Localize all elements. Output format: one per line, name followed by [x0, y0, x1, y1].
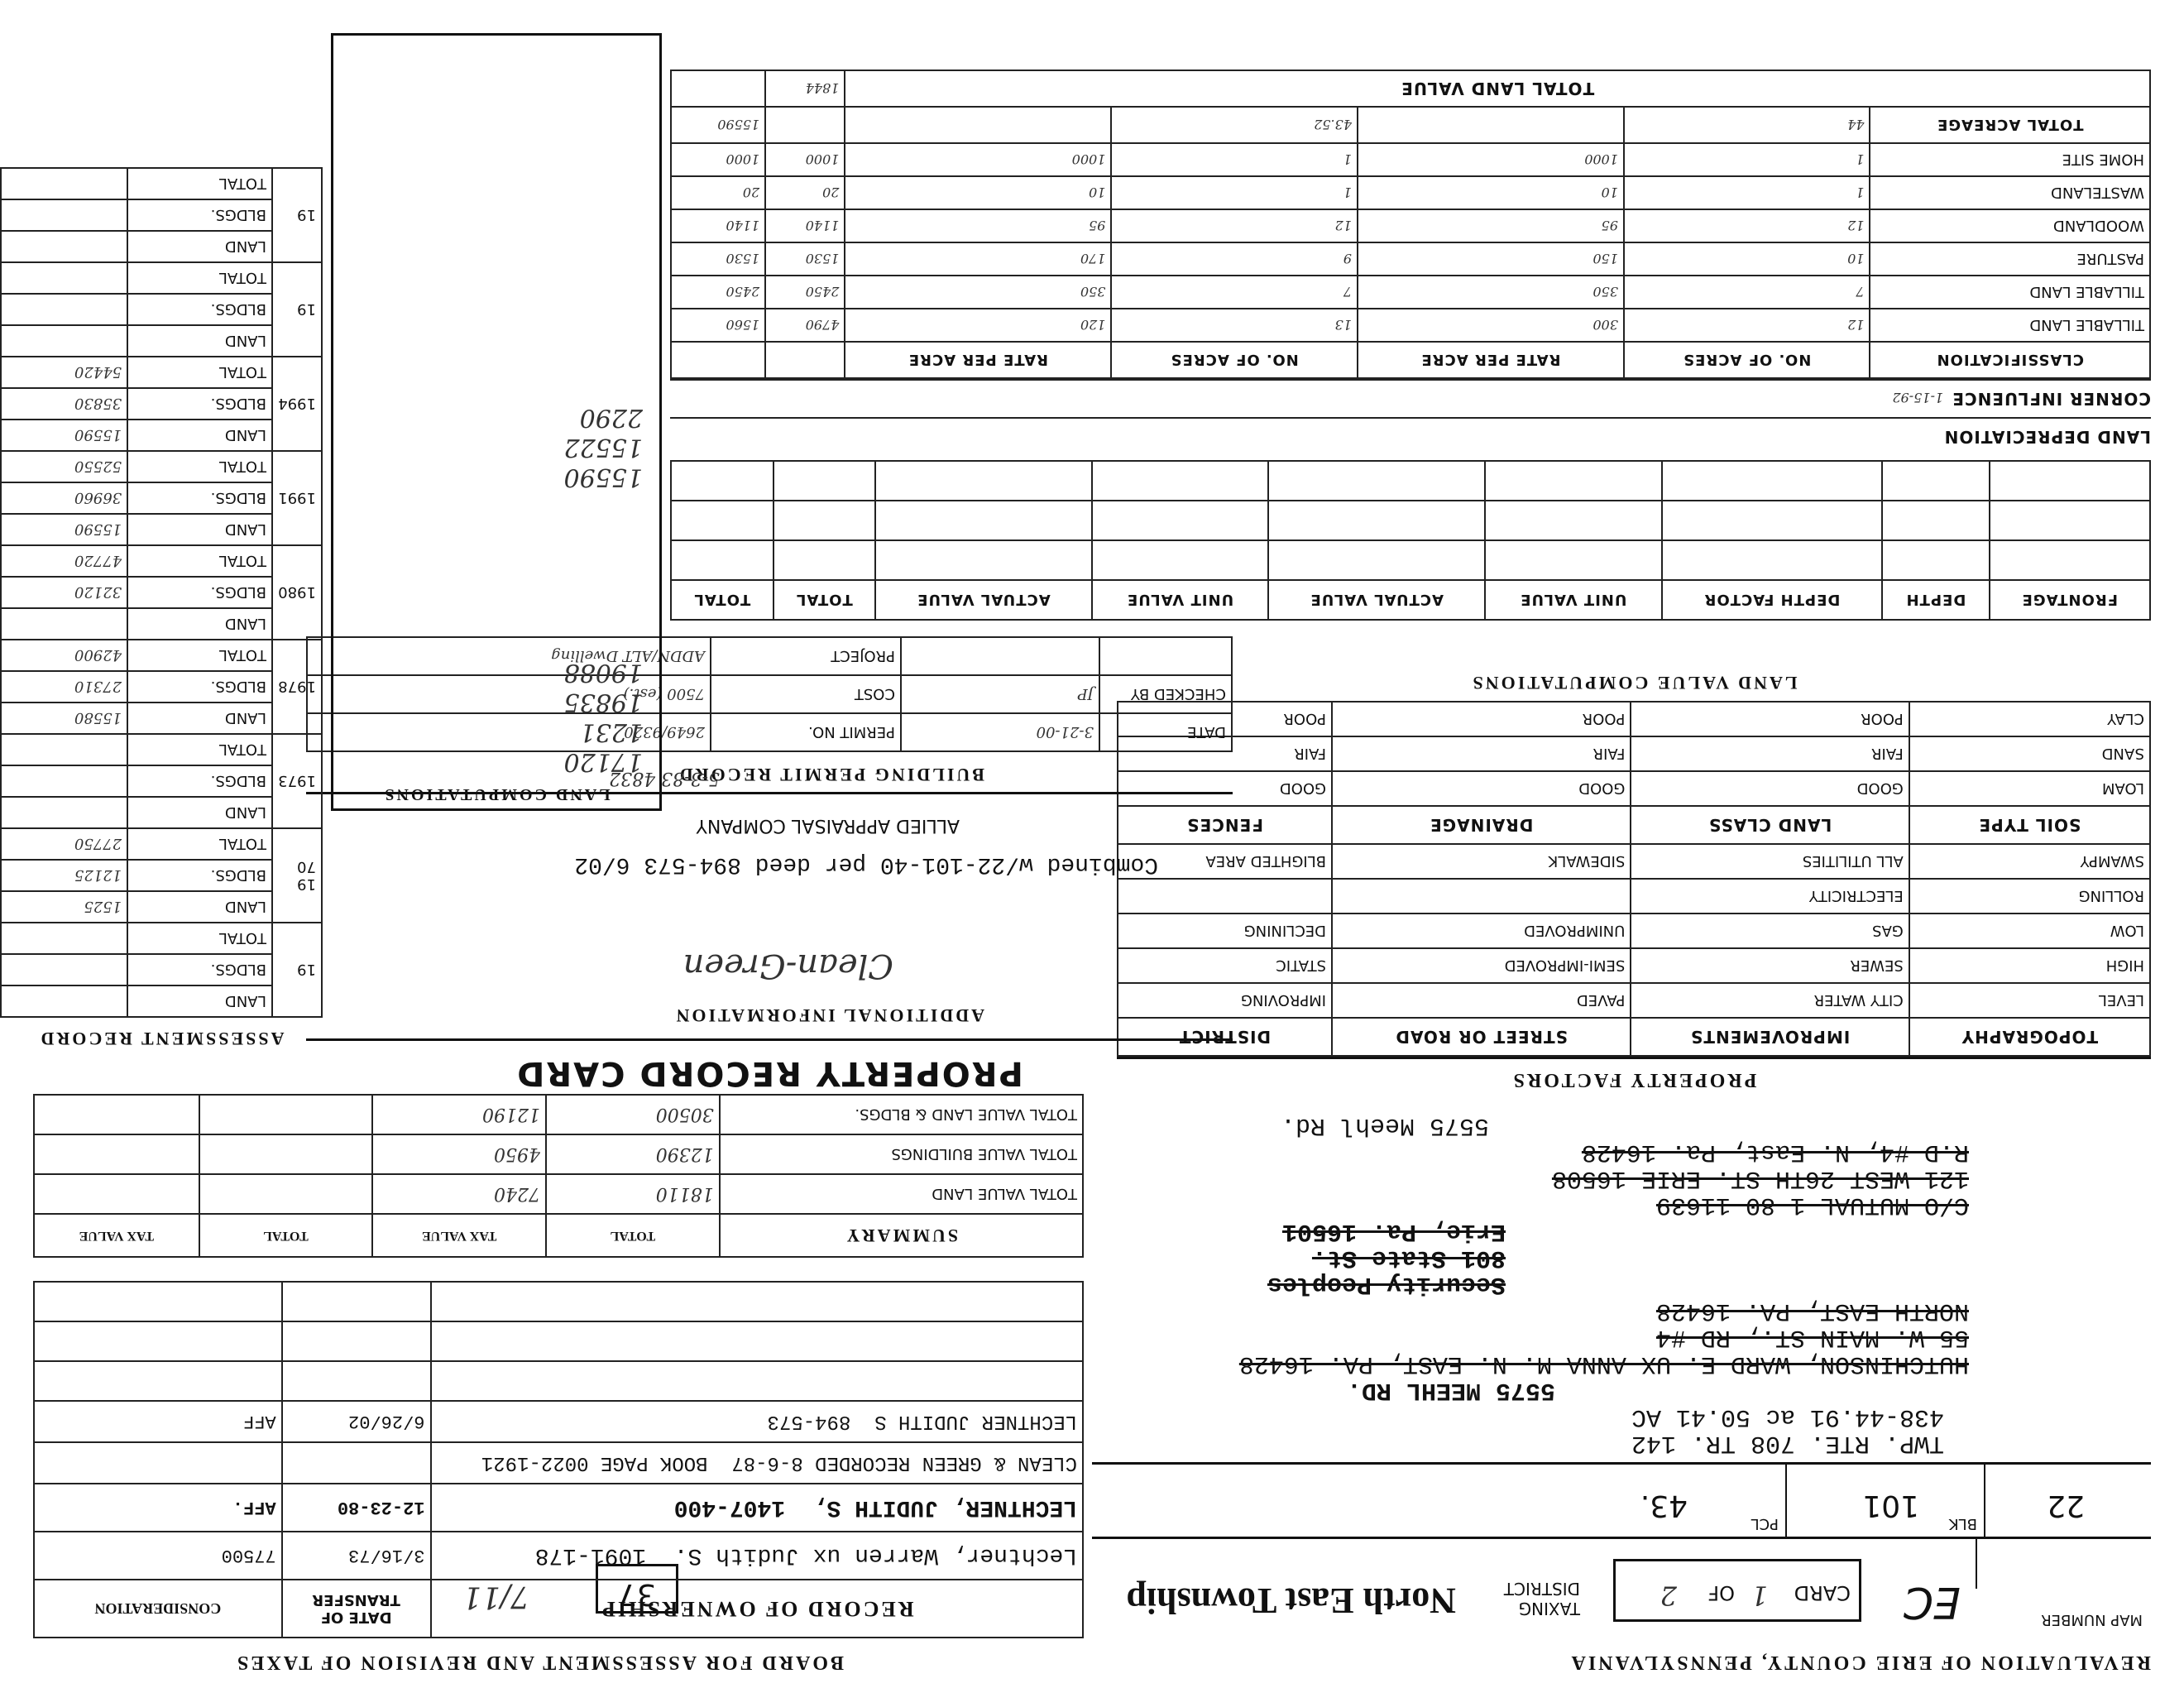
- address-line-struck: Erie, Pa. 16501: [1109, 1218, 1506, 1244]
- address-line-struck: HUTCHINSON, WARD E. UX ANNA M. N. EAST, …: [1109, 1350, 1969, 1377]
- address-line: 5575 Meehl Rd.: [1109, 1112, 1489, 1139]
- address-block: TWP. RTE. 708 TR. 142 438-44.91 ac 50.41…: [1109, 1109, 2134, 1456]
- table-row: TOTAL ACREAGE4443.5215590: [671, 107, 2150, 143]
- address-line-struck: 121 WEST 26TH ST. ERIE 16508: [1109, 1165, 1969, 1192]
- table-row: TOTAL VALUE LAND 18110 7240: [34, 1174, 1083, 1214]
- taxing-district: North East Township: [1126, 1580, 1456, 1622]
- parcel-strip: 22 BLK 101 PCL 43.: [1092, 1462, 2151, 1539]
- assessment-record: ASSESSMENT RECORD 19LAND BLDGS. TOTAL 19…: [0, 167, 323, 1059]
- table-row: WASTELAND1101102020: [671, 176, 2150, 209]
- land-value-computations-table: FRONTAGE DEPTH DEPTH FACTOR UNIT VALUE A…: [670, 460, 2151, 621]
- additional-info-title: ADDITIONAL INFORMATION: [674, 1005, 984, 1026]
- card-id-strip: MAP NUMBER EC CARD 1 OF 2 TAXING DISTRIC…: [1092, 1537, 2151, 1638]
- table-row: CLEAN & GREEN RECORDED 8-6-87 BOOK PAGE …: [34, 1442, 1083, 1484]
- address-line: TWP. RTE. 708 TR. 142: [1109, 1430, 1944, 1456]
- property-record-card: REVALUATION OF ERIE COUNTY, PENNSYLVANIA…: [0, 0, 2184, 1688]
- table-row: TOTAL VALUE BUILDINGS 12390 4950: [34, 1134, 1083, 1174]
- address-line: 5575 MEEHL RD.: [1109, 1377, 1555, 1403]
- address-line-struck: R.D #4, N. East, Pa. 16428: [1109, 1139, 1969, 1165]
- parcel-no: 43.: [1640, 1489, 1688, 1523]
- table-row: [34, 1361, 1083, 1401]
- address-line-struck: 55 W. MAIN ST., RD #4: [1109, 1324, 1969, 1350]
- table-row: LECHTNER, JUDITH S, 1407-400 12-23-80 AF…: [34, 1484, 1083, 1532]
- card-count-box: CARD 1 OF 2: [1613, 1559, 1861, 1622]
- combined-note: Combined w/22-101-40 per deed 894-573 6/…: [574, 851, 1158, 877]
- district-no: 22: [2047, 1489, 2085, 1523]
- table-row: [34, 1282, 1083, 1321]
- address-line: 438-44.91 ac 50.41 AC: [1109, 1403, 1944, 1430]
- address-line-struck: 801 State St.: [1109, 1244, 1506, 1271]
- table-row: Lechtner, Warren ux Judith S. 1091-178 3…: [34, 1532, 1083, 1580]
- table-row: TOTAL VALUE LAND & BLDGS. 30500 12190: [34, 1095, 1083, 1134]
- address-line-struck: C/O MUTUAL 1-80-11639: [1109, 1192, 1969, 1218]
- card-title: PROPERTY RECORD CARD: [306, 1038, 1233, 1092]
- table-row: HOME SITE110001100010001000: [671, 143, 2150, 176]
- board-title: BOARD FOR ASSESSMENT AND REVISION OF TAX…: [235, 1651, 844, 1673]
- address-line-struck: NORTH EAST, PA. 16428: [1109, 1297, 1969, 1324]
- table-row: TILLABLE LAND123001312047901560: [671, 309, 2150, 342]
- land-classification: LAND DEPRECIATION CORNER INFLUENCE 1-15-…: [670, 70, 2151, 455]
- ownership-table: RECORD OF OWNERSHIP DATE OF TRANSFER CON…: [33, 1281, 1084, 1638]
- taxing-district-label: TAXING DISTRICT: [1481, 1579, 1580, 1618]
- address-line-struck: Security Peoples: [1109, 1271, 1506, 1297]
- table-row: [34, 1321, 1083, 1361]
- appraisal-company: ALLIED APPRAISAL COMPANY: [696, 815, 960, 836]
- ownership-title: RECORD OF OWNERSHIP: [431, 1580, 1083, 1638]
- table-row: LECHTNER JUDITH S 894-573 6/26/02 AFF: [34, 1401, 1083, 1442]
- summary-table: SUMMARY TOTAL TAX VALUE TOTAL TAX VALUE …: [33, 1094, 1084, 1258]
- map-number-label: MAP NUMBER: [2041, 1611, 2143, 1628]
- property-factors-table: TOPOGRAPHY IMPROVEMENTS STREET OR ROAD D…: [1117, 701, 2151, 1057]
- table-row: TILLABLE LAND7350735024502450: [671, 276, 2150, 309]
- assessment-table: 19LAND BLDGS. TOTAL 19 70LAND1525 BLDGS.…: [0, 167, 323, 1018]
- handwritten-code: EC: [1904, 1577, 1961, 1627]
- table-row: PASTURE10150917015301530: [671, 242, 2150, 276]
- handwritten-clean-green: Clean-Green: [683, 947, 893, 985]
- table-row: WOODLAND1295129511401140: [671, 209, 2150, 242]
- county-title: REVALUATION OF ERIE COUNTY, PENNSYLVANIA: [1569, 1651, 2151, 1673]
- land-computations-box: LAND COMPUTATIONS 17120 1231 19835 19088…: [331, 33, 662, 811]
- property-factors: PROPERTY FACTORS TOPOGRAPHY IMPROVEMENTS…: [1117, 664, 2151, 1101]
- block-no: 101: [1862, 1489, 1919, 1523]
